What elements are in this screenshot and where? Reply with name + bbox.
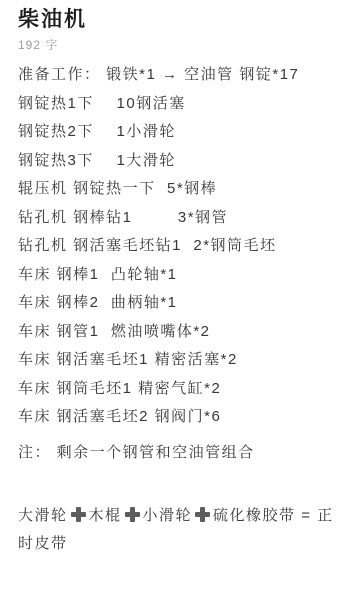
note-page: 柴油机 192 字 准备工作： 锻铁*1 → 空油管 钢锭*17 钢锭热1下 1… (0, 0, 360, 592)
note-line-lathe4: 车床 钢活塞毛坯1 精密活塞*2 (18, 352, 346, 368)
note-line-lathe2: 车床 钢棒2 曲柄轴*1 (18, 295, 346, 311)
note-line-lathe6: 车床 钢活塞毛坯2 钢阀门*6 (18, 409, 346, 425)
note-line-lathe5: 车床 钢筒毛坯1 精密气缸*2 (18, 381, 346, 397)
formula-part-wood-stick: 木棍 (89, 507, 122, 524)
note-line-prep: 准备工作： 锻铁*1 → 空油管 钢锭*17 (18, 67, 346, 83)
note-line-drill1: 钻孔机 钢棒钻1 3*钢管 (18, 210, 346, 226)
note-line-heat2: 钢锭热2下 1小滑轮 (18, 124, 346, 140)
note-remark: 注： 剩余一个钢管和空油管组合 (18, 445, 346, 461)
plus-icon (195, 507, 210, 522)
note-line-drill2: 钻孔机 钢活塞毛坯钻1 2*钢筒毛坯 (18, 238, 346, 254)
note-line-roller: 辊压机 钢锭热一下 5*钢棒 (18, 181, 346, 197)
plus-icon (125, 507, 140, 522)
note-line-heat1: 钢锭热1下 10钢活塞 (18, 96, 346, 112)
formula-part-big-pulley: 大滑轮 (18, 507, 68, 524)
plus-icon (71, 507, 86, 522)
belt-formula: 大滑轮木棍小滑轮硫化橡胶带 = 正时皮带 (18, 502, 346, 558)
note-title: 柴油机 (18, 8, 346, 32)
note-line-heat3: 钢锭热3下 1大滑轮 (18, 153, 346, 169)
note-line-lathe3: 车床 钢管1 燃油喷嘴体*2 (18, 324, 346, 340)
formula-part-small-pulley: 小滑轮 (143, 507, 193, 524)
note-body: 准备工作： 锻铁*1 → 空油管 钢锭*17 钢锭热1下 10钢活塞 钢锭热2下… (18, 67, 346, 558)
word-count: 192 字 (18, 39, 346, 51)
note-line-lathe1: 车床 钢棒1 凸轮轴*1 (18, 267, 346, 283)
